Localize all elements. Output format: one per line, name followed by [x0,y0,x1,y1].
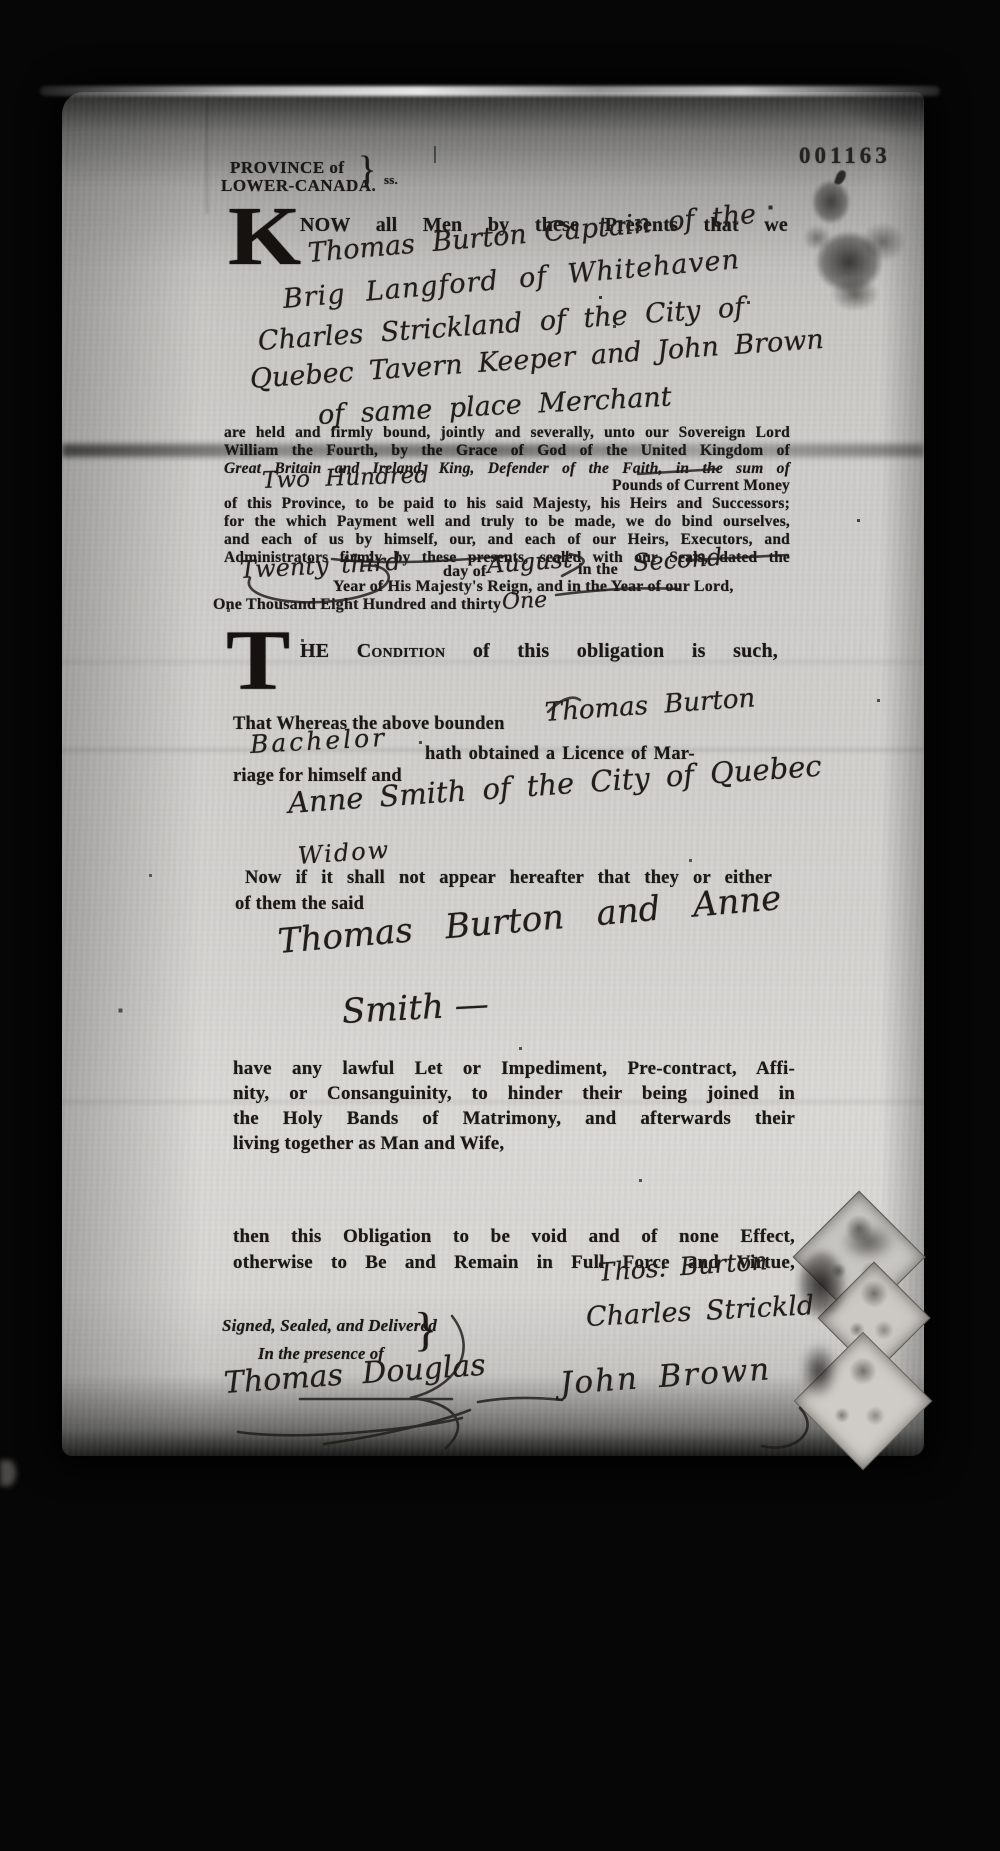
attestation-line: Signed, Sealed, and Delivered [222,1316,437,1336]
film-scratch-streak [40,86,940,96]
impediment-line: have any lawful Let or Impediment, Pre-c… [233,1058,795,1080]
ss-abbreviation: ss. [384,172,398,188]
seal-ink-smudge [794,1330,850,1412]
bond-line: are held and firmly bound, jointly and s… [224,424,790,442]
dropcap-t: T [226,630,290,690]
bond-line: of this Province, to be paid to his said… [224,495,790,513]
bond-line: for the which Payment well and truly to … [224,513,790,531]
handwritten-month: August [486,545,573,579]
condition-he: HE [300,640,329,662]
condition-tail: of this obligation is such, [473,640,778,662]
dust-specks [0,0,1,1]
impediment-line: nity, or Consanguinity, to hinder their … [233,1083,795,1105]
ink-stamp [793,166,913,318]
serial-number: 001163 [799,143,891,169]
bond-line: Pounds of Current Money [224,477,790,495]
condition-heading: HE Condition of this obligation is such, [300,640,778,663]
in-the-label: in the [578,561,618,579]
attestation-brace: } [414,1302,437,1357]
province-label: PROVINCE of [230,158,345,178]
condition-word: Condition [357,640,446,662]
ink-tick-mark [434,146,436,163]
handwritten-year: One [501,588,547,615]
dropcap-k: K [228,208,301,266]
impediment-line: the Holy Bands of Matrimony, and afterwa… [233,1108,795,1130]
vertical-crease [206,96,208,214]
microfilm-frame: PROVINCE of LOWER-CANADA. } ss. 001163 K… [0,0,1000,1851]
dark-fold-band [62,444,924,457]
now-line: of them the said [235,894,364,915]
void-line: then this Obligation to be void and of n… [233,1226,795,1248]
header-brace: } [358,148,376,192]
handwritten-couple-names: Smith — [341,984,490,1032]
film-edge-mark [0,1460,16,1486]
seal-ink-smudge [828,1212,908,1272]
impediment-line: living together as Man and Wife, [233,1133,504,1155]
